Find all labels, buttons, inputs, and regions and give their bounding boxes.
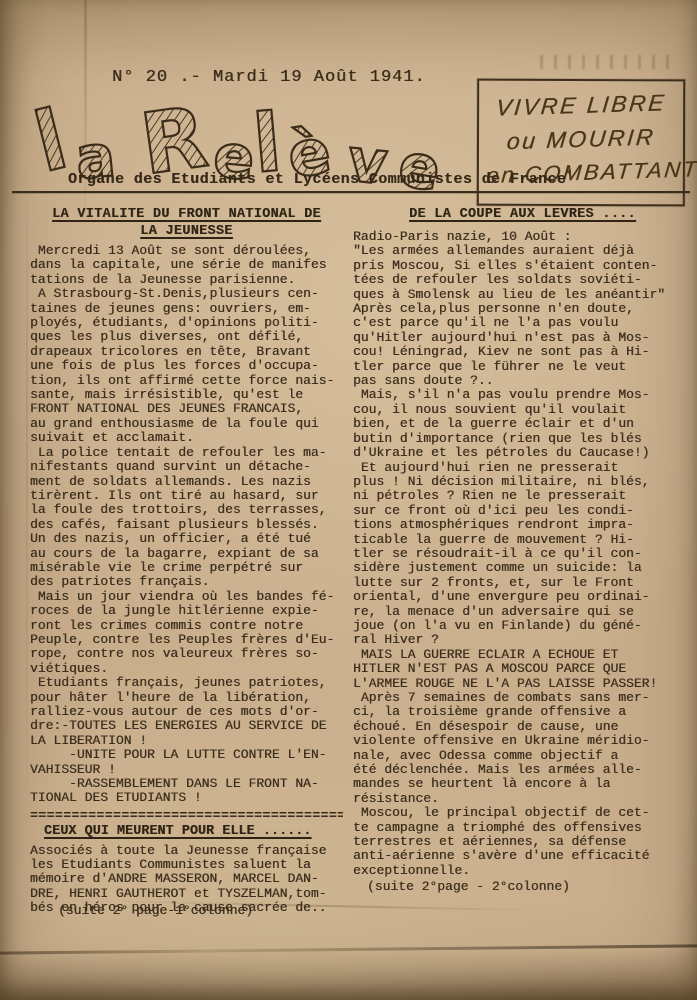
left-subarticle-heading: CEUX QUI MEURENT POUR ELLE ...... — [44, 825, 343, 839]
right-column: DE LA COUPE AUX LEVRES .... Radio-Paris … — [353, 206, 692, 918]
paper-crease-bottom — [0, 944, 697, 954]
subtitle-text: Organe des Etudiants et Lycéens Communis… — [68, 171, 566, 188]
article-columns: LA VITALITE DU FRONT NATIONAL DE LA JEUN… — [30, 206, 692, 918]
right-heading-line: DE LA COUPE AUX LEVRES .... — [409, 207, 636, 222]
slogan-line: VIVRE LIBRE — [486, 89, 677, 122]
left-article-heading: LA VITALITE DU FRONT NATIONAL DE LA JEUN… — [30, 206, 343, 240]
right-article-body: Radio-Paris nazie, 10 Août : "Les armées… — [353, 230, 692, 878]
left-column: LA VITALITE DU FRONT NATIONAL DE LA JEUN… — [30, 206, 343, 918]
header-rule — [12, 191, 690, 193]
subtitle: Organe des Etudiants et Lycéens Communis… — [0, 170, 640, 188]
right-continuation-note: (suite 2°page - 2°colonne) — [367, 880, 692, 894]
left-heading-line1: LA VITALITE DU FRONT NATIONAL DE — [52, 207, 321, 222]
ink-smudge — [540, 55, 670, 69]
right-article-heading: DE LA COUPE AUX LEVRES .... — [353, 206, 692, 223]
stray-ink-mark: " — [566, 170, 572, 180]
left-heading-line2: LA JEUNESSE — [140, 224, 232, 239]
section-separator: ======================================= — [30, 809, 343, 823]
paper-crease — [26, 120, 28, 880]
newspaper-page: N° 20 .- Mardi 19 Août 1941. l a R e l è… — [0, 0, 697, 1000]
slogan-line: ou MOURIR — [485, 123, 676, 156]
left-article-body: Mercredi 13 Août se sont déroulées, dans… — [30, 244, 343, 806]
